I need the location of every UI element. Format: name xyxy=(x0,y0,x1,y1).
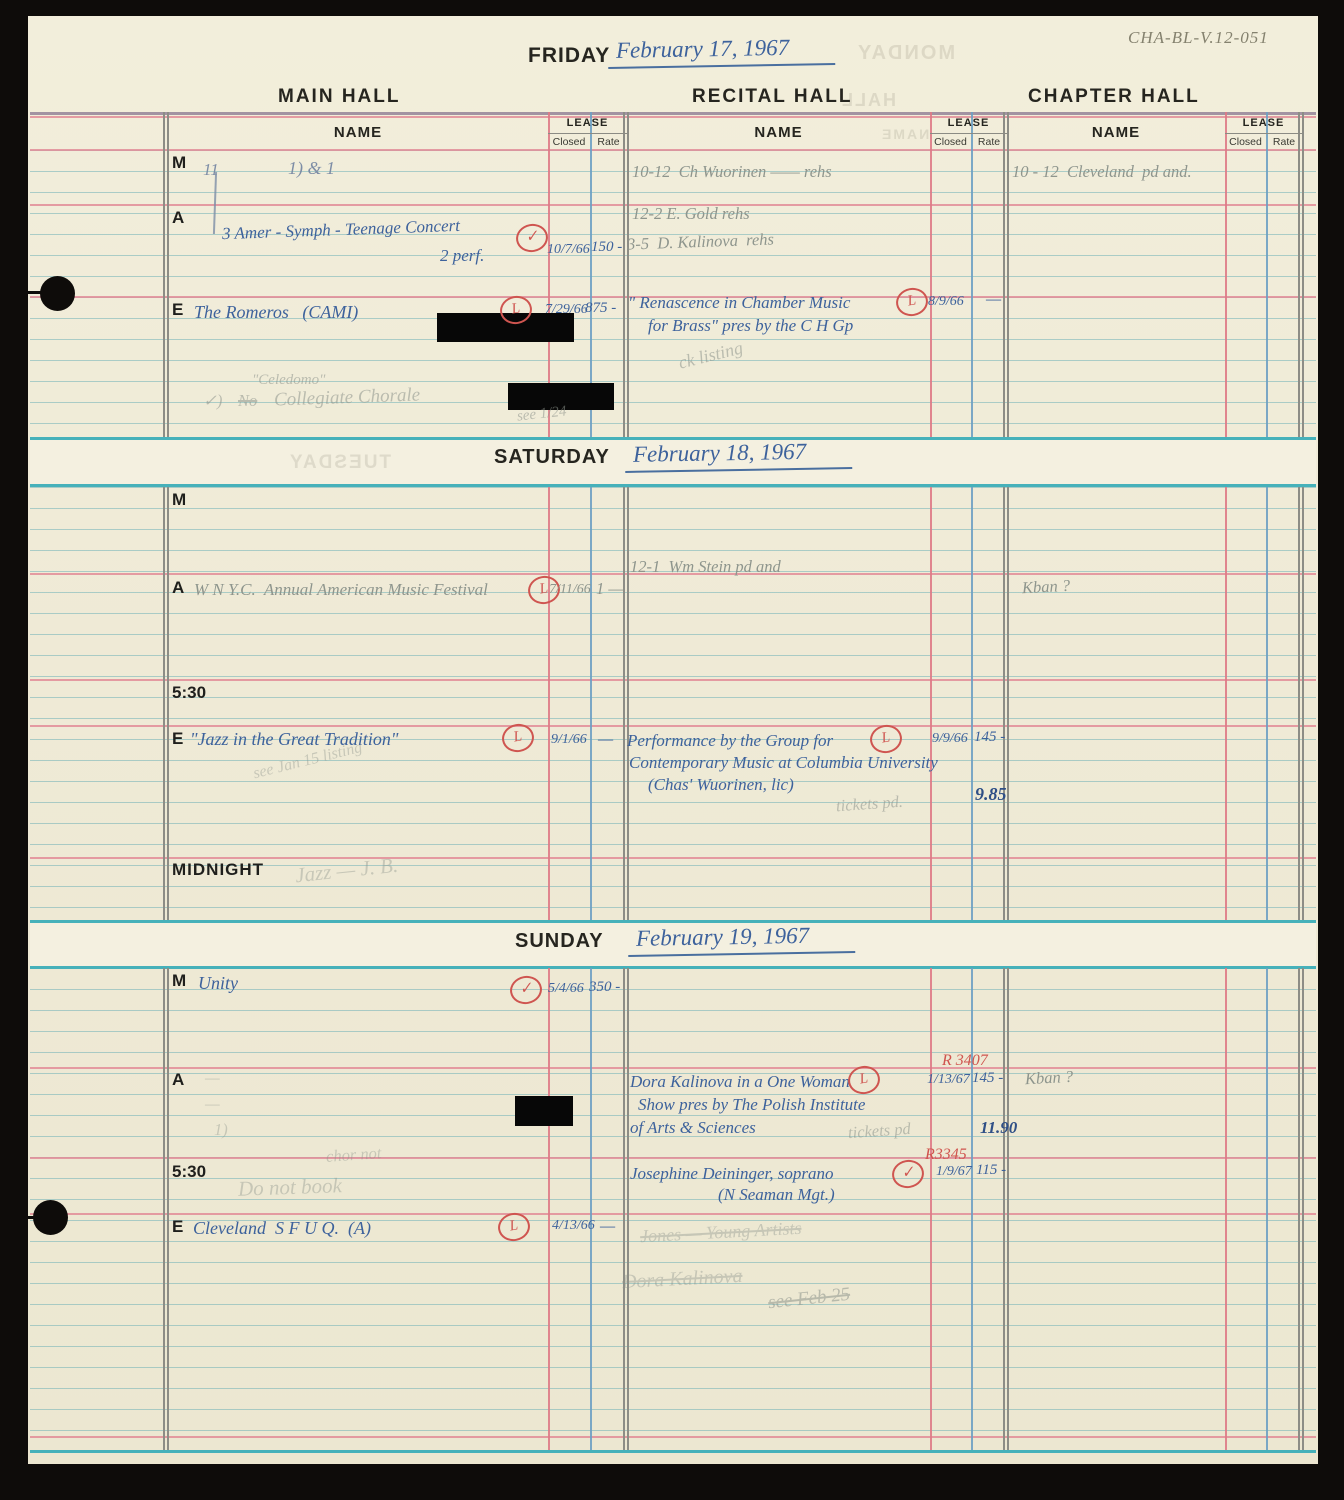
pencil-note: "Celedomo" xyxy=(252,372,325,389)
time-label-e: E xyxy=(172,729,183,749)
column-line xyxy=(623,487,625,920)
time-label-a: A xyxy=(172,1070,184,1090)
time-label-e: E xyxy=(172,300,183,320)
ledger-scan-page: MONDAY HALL NAME TUESDAY CHA-BL-V.12-051… xyxy=(0,0,1344,1500)
entry-note: 12-1 Wm Stein pd and xyxy=(630,557,781,577)
column-line xyxy=(930,487,932,920)
pencil-dash: — xyxy=(205,1068,220,1088)
entry-name: Performance by the Group for xyxy=(627,731,833,751)
amount-value: 11.90 xyxy=(980,1118,1017,1138)
column-line xyxy=(1298,112,1300,437)
row-line xyxy=(30,1436,1316,1438)
time-label-m: M xyxy=(172,971,186,991)
column-line xyxy=(590,968,592,1450)
entry-name: Dora Kalinova in a One Woman xyxy=(630,1072,850,1092)
column-line xyxy=(1003,487,1005,920)
hall-title-recital: RECITAL HALL xyxy=(692,86,853,108)
entry-name: W N Y.C. Annual American Music Festival xyxy=(194,580,488,600)
column-line xyxy=(627,968,629,1450)
closed-date: 5/4/66 xyxy=(548,981,584,997)
column-line xyxy=(548,968,550,1450)
pencil-note: chor not xyxy=(325,1143,382,1167)
time-label-a: A xyxy=(172,578,184,598)
column-line xyxy=(167,112,169,437)
row-line xyxy=(30,116,1316,118)
entry-note: 1) & 1 xyxy=(288,158,335,179)
section-divider xyxy=(30,437,1316,440)
column-line xyxy=(1225,487,1227,920)
column-line xyxy=(623,968,625,1450)
column-line xyxy=(1007,487,1009,920)
column-line xyxy=(971,968,973,1450)
pencil-dash: — xyxy=(205,1094,220,1114)
lease-header-recital: LEASE xyxy=(930,117,1007,129)
entry-name: Josephine Deininger, soprano xyxy=(630,1164,834,1184)
column-line xyxy=(1225,112,1227,437)
row-line xyxy=(30,149,1316,151)
rate-value: 145 - xyxy=(974,729,1005,746)
punch-hole xyxy=(40,276,75,311)
closed-header: Closed xyxy=(1225,136,1266,148)
entry-name: Contemporary Music at Columbia Universit… xyxy=(629,753,938,773)
row-line xyxy=(30,1157,1316,1159)
column-line xyxy=(1298,968,1300,1450)
amount-value: 9.85 xyxy=(975,784,1007,805)
column-line xyxy=(1007,968,1009,1450)
entry-name: Show pres by The Polish Institute xyxy=(638,1095,865,1115)
column-line xyxy=(627,487,629,920)
entry-note: Kban ? xyxy=(1022,576,1071,598)
column-line xyxy=(1266,487,1268,920)
row-line xyxy=(30,1213,1316,1215)
entry-name: " Renascence in Chamber Music xyxy=(628,293,850,313)
time-label-m: M xyxy=(172,153,186,173)
ruled-lines-sunday xyxy=(30,968,1316,1450)
entry-name: "Jazz in the Great Tradition" xyxy=(190,729,398,750)
entry-name: Cleveland S F U Q. (A) xyxy=(193,1218,371,1239)
column-line xyxy=(1302,487,1304,920)
column-line xyxy=(1302,112,1304,437)
column-line xyxy=(971,112,973,437)
entry-name: (Chas' Wuorinen, lic) xyxy=(648,775,794,795)
column-line xyxy=(1302,968,1304,1450)
row-line xyxy=(30,725,1316,727)
lease-header-chapter: LEASE xyxy=(1225,117,1302,129)
day-label-sunday: SUNDAY xyxy=(515,930,604,953)
closed-date: 7/11/66 xyxy=(549,582,591,598)
rate-value: 150 - xyxy=(591,239,622,256)
column-line xyxy=(1003,968,1005,1450)
closed-header: Closed xyxy=(548,136,590,148)
column-line xyxy=(623,112,625,437)
entry-note: 10-12 Ch Wuorinen —— rehs xyxy=(632,162,832,182)
pencil-note-struck: No xyxy=(238,391,257,411)
closed-date: 4/13/66 xyxy=(552,1218,595,1234)
closed-header: Closed xyxy=(930,136,971,148)
lease-underline xyxy=(930,133,1007,134)
closed-date: 10/7/66 xyxy=(547,242,590,258)
column-line xyxy=(930,968,932,1450)
name-header-main: NAME xyxy=(168,124,548,141)
entry-name: for Brass" pres by the C H Gp xyxy=(648,316,853,336)
column-line xyxy=(167,968,169,1450)
column-line xyxy=(1266,112,1268,437)
time-label-midnight: MIDNIGHT xyxy=(172,860,264,880)
rate-value: — xyxy=(598,729,613,749)
section-divider xyxy=(30,920,1316,923)
section-divider xyxy=(30,1450,1316,1453)
day-label-saturday: SATURDAY xyxy=(494,446,610,469)
pencil-note: 1) xyxy=(214,1120,228,1140)
date-friday: February 17, 1967 xyxy=(608,34,836,69)
column-line xyxy=(1298,487,1300,920)
time-label-530: 5:30 xyxy=(172,1162,206,1182)
table-top-line xyxy=(30,112,1316,115)
pencil-note: Do not book xyxy=(238,1173,343,1202)
rate-header: Rate xyxy=(1266,136,1302,148)
column-line xyxy=(971,487,973,920)
rate-value: 875 - xyxy=(585,300,616,317)
column-line xyxy=(167,487,169,920)
pencil-note: ✓) xyxy=(203,391,222,411)
column-line xyxy=(163,112,165,437)
booking-ref: R 3407 xyxy=(942,1052,988,1070)
rate-value: 350 - xyxy=(589,979,620,996)
rate-value: 145 - xyxy=(972,1070,1003,1087)
redaction-bar xyxy=(515,1096,573,1126)
entry-note: 2 perf. xyxy=(440,246,484,266)
closed-date: 1/13/67 xyxy=(927,1072,970,1088)
time-label-e: E xyxy=(172,1217,183,1237)
time-label-m: M xyxy=(172,490,186,510)
entry-name: of Arts & Sciences xyxy=(630,1118,756,1138)
closed-date: 1/9/67 xyxy=(936,1164,972,1180)
lease-underline xyxy=(1225,133,1302,134)
hall-title-chapter: CHAPTER HALL xyxy=(1028,86,1200,108)
entry-note: 12-2 E. Gold rehs xyxy=(632,204,750,224)
row-line xyxy=(30,679,1316,681)
punch-hole xyxy=(33,1200,68,1235)
row-line xyxy=(30,857,1316,859)
entry-note: 10 - 12 Cleveland pd and. xyxy=(1012,162,1192,182)
bleedthrough-text: TUESDAY xyxy=(288,452,391,474)
section-divider xyxy=(30,484,1316,487)
time-label-a: A xyxy=(172,208,184,228)
column-line xyxy=(548,487,550,920)
column-line xyxy=(1007,112,1009,437)
rate-value: — xyxy=(600,1216,615,1236)
entry-name: The Romeros (CAMI) xyxy=(194,302,358,323)
column-line xyxy=(163,968,165,1450)
date-saturday: February 18, 1967 xyxy=(625,438,853,473)
name-header-chapter: NAME xyxy=(1007,124,1225,141)
rate-value: — xyxy=(986,289,1001,309)
closed-date: 9/9/66 xyxy=(932,731,968,747)
rate-header: Rate xyxy=(971,136,1007,148)
column-line xyxy=(590,487,592,920)
rate-header: Rate xyxy=(590,136,627,148)
entry-name: (N Seaman Mgt.) xyxy=(718,1185,835,1205)
rate-value: 1 — xyxy=(596,579,623,599)
date-sunday: February 19, 1967 xyxy=(628,922,856,957)
entry-note: Kban ? xyxy=(1025,1067,1074,1089)
name-header-recital: NAME xyxy=(627,124,930,141)
row-line xyxy=(30,1067,1316,1069)
closed-date: 7/29/66 xyxy=(545,302,588,318)
section-divider xyxy=(30,966,1316,969)
reference-code: CHA-BL-V.12-051 xyxy=(1128,28,1269,48)
column-line xyxy=(930,112,932,437)
column-line xyxy=(1225,968,1227,1450)
column-line xyxy=(627,112,629,437)
closed-date: 8/9/66 xyxy=(928,294,964,310)
closed-date: 9/1/66 xyxy=(551,732,587,748)
booking-ref: R3345 xyxy=(925,1146,967,1164)
time-label-530: 5:30 xyxy=(172,683,206,703)
column-line xyxy=(1003,112,1005,437)
day-label-friday: FRIDAY xyxy=(528,44,610,68)
bleedthrough-text: MONDAY xyxy=(856,42,955,65)
column-line xyxy=(163,487,165,920)
lease-header-main: LEASE xyxy=(548,117,627,129)
entry-name: Unity xyxy=(198,973,238,994)
lease-underline xyxy=(548,133,627,134)
column-line xyxy=(1266,968,1268,1450)
ruled-lines-saturday xyxy=(30,487,1316,920)
hall-title-main: MAIN HALL xyxy=(278,86,400,108)
rate-value: 115 - xyxy=(976,1162,1006,1179)
